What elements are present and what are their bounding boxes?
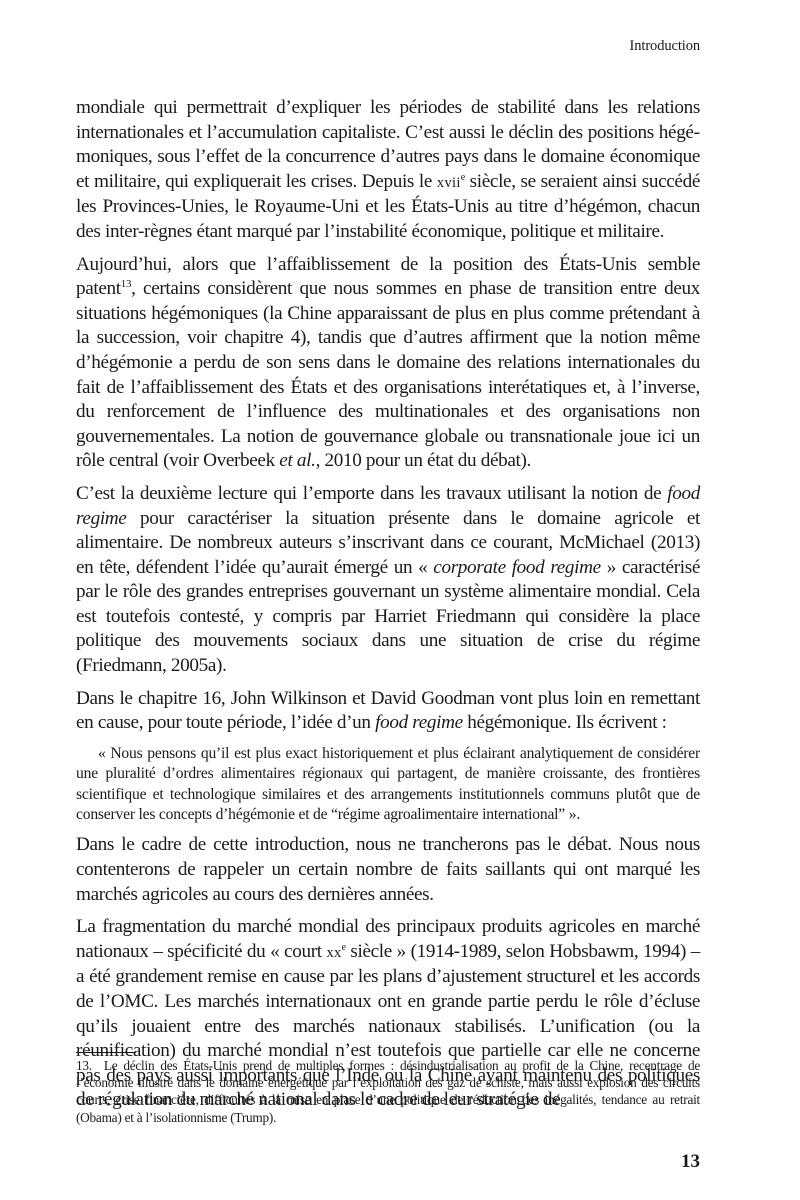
- text-run: hégémonique. Ils écrivent :: [463, 712, 667, 733]
- italic-text: corporate food regime: [433, 557, 601, 578]
- footnote-text: Le déclin des États-Unis prend de multip…: [76, 1058, 700, 1125]
- italic-text: et al.: [279, 450, 315, 471]
- body-text: mondiale qui permettrait d’expliquer les…: [76, 96, 700, 1121]
- text-run: , 2010 pour un état du débat).: [316, 450, 531, 471]
- paragraph-5: Dans le cadre de cette introduction, nou…: [76, 833, 700, 907]
- century-numeral: xvii: [437, 175, 461, 191]
- running-head: Introduction: [630, 38, 700, 55]
- text-run: , certains considèrent que nous sommes e…: [76, 278, 700, 471]
- paragraph-2: Aujourd’hui, alors que l’affaiblissement…: [76, 253, 700, 474]
- page-number: 13: [681, 1151, 700, 1173]
- footnote-13: 13. Le déclin des États-Unis prend de mu…: [76, 1057, 700, 1126]
- footnote-number: 13.: [76, 1058, 92, 1073]
- paragraph-1: mondiale qui permettrait d’expliquer les…: [76, 96, 700, 245]
- paragraph-3: C’est la deuxième lecture qui l’emporte …: [76, 482, 700, 679]
- century-numeral: xx: [326, 945, 341, 961]
- footnote-divider: [76, 1052, 136, 1053]
- block-quote: « Nous pensons qu’il est plus exact hist…: [76, 744, 700, 826]
- footnote-reference[interactable]: 13: [121, 278, 131, 290]
- text-run: C’est la deuxième lecture qui l’emporte …: [76, 483, 667, 504]
- paragraph-4: Dans le chapitre 16, John Wilkinson et D…: [76, 687, 700, 736]
- italic-text: food regime: [375, 712, 463, 733]
